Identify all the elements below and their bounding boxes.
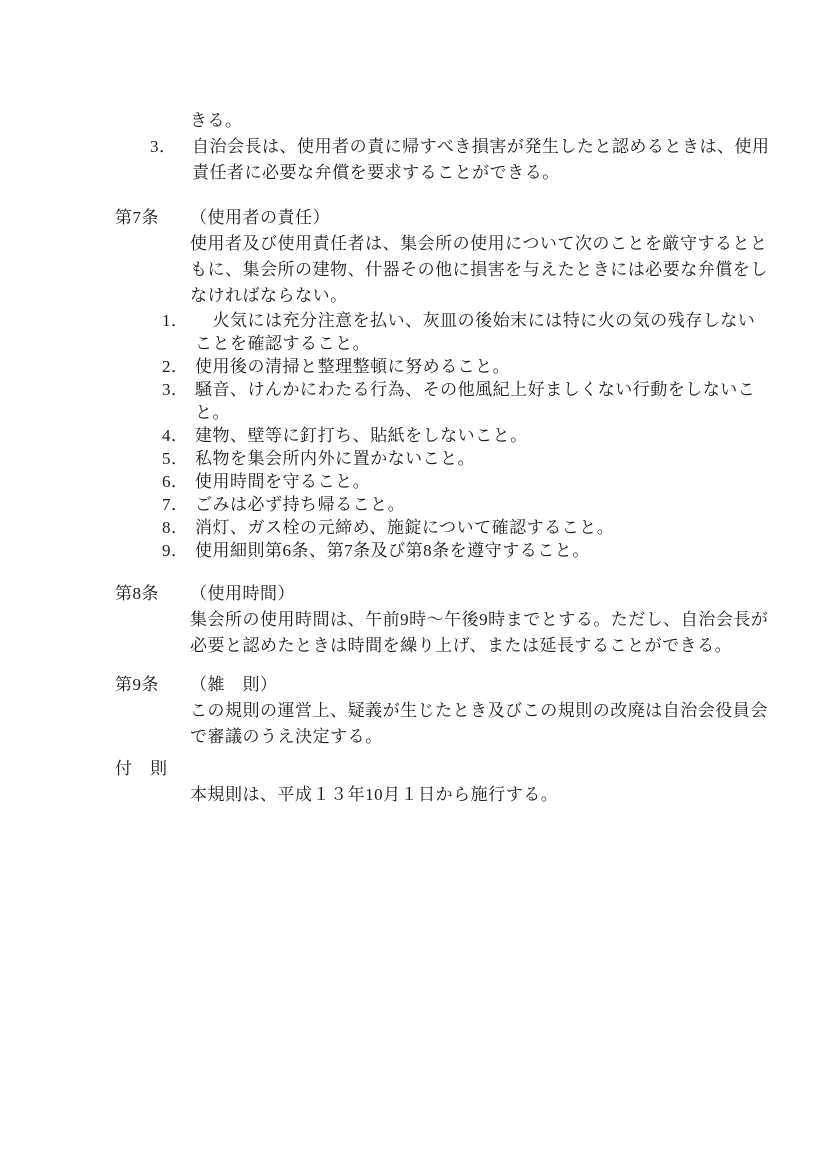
list-item: 9． 使用細則第6条、第7条及び第8条を遵守すること。 bbox=[162, 539, 802, 562]
article-8-label: 第8条 bbox=[115, 581, 190, 607]
article-7-body: 使用者及び使用責任者は、集会所の使用について次のことを厳守するとと もに、集会所… bbox=[190, 231, 802, 309]
item-text: 火気には充分注意を払い、灰皿の後始末には特に火の気の残存しない ことを確認するこ… bbox=[195, 309, 755, 355]
item-text: 消灯、ガス栓の元締め、施錠について確認すること。 bbox=[195, 516, 614, 539]
item-number: 3． bbox=[162, 378, 195, 424]
item-number: 2． bbox=[162, 355, 195, 378]
item-text: 使用時間を守ること。 bbox=[195, 470, 370, 493]
item-number: 4． bbox=[162, 424, 195, 447]
item-text: 私物を集会所内外に置かないこと。 bbox=[195, 447, 475, 470]
item-text: 使用後の清掃と整理整頓に努めること。 bbox=[195, 355, 510, 378]
carryover-item-text: 自治会長は、使用者の責に帰すべき損害が発生したと認めるときは、使用 責任者に必要… bbox=[192, 134, 770, 186]
list-item: 1． 火気には充分注意を払い、灰皿の後始末には特に火の気の残存しない ことを確認… bbox=[162, 309, 802, 355]
article-9-label: 第9条 bbox=[115, 672, 190, 698]
article-7-heading: 第7条 （使用者の責任） bbox=[115, 205, 802, 231]
article-7: 第7条 （使用者の責任） 使用者及び使用責任者は、集会所の使用について次のことを… bbox=[115, 205, 802, 562]
list-item: 4． 建物、壁等に釘打ち、貼紙をしないこと。 bbox=[162, 424, 802, 447]
article-8: 第8条 （使用時間） 集会所の使用時間は、午前9時～午後9時までとする。ただし、… bbox=[115, 581, 802, 659]
item-number: 7． bbox=[162, 493, 195, 516]
list-item: 8． 消灯、ガス栓の元締め、施錠について確認すること。 bbox=[162, 516, 802, 539]
item-number: 6． bbox=[162, 470, 195, 493]
item-number: 8． bbox=[162, 516, 195, 539]
item-text: ごみは必ず持ち帰ること。 bbox=[195, 493, 405, 516]
list-item: 5． 私物を集会所内外に置かないこと。 bbox=[162, 447, 802, 470]
appendix-body: 本規則は、平成１３年10月１日から施行する。 bbox=[190, 782, 802, 808]
article-9-body: この規則の運営上、疑義が生じたとき及びこの規則の改廃は自治会役員会 で審議のうえ… bbox=[190, 698, 802, 750]
appendix-heading: 付 則 bbox=[115, 756, 802, 782]
list-item: 6． 使用時間を守ること。 bbox=[162, 470, 802, 493]
appendix-label: 付 則 bbox=[115, 756, 190, 782]
item-number: 9． bbox=[162, 539, 195, 562]
list-item: 2． 使用後の清掃と整理整頓に努めること。 bbox=[162, 355, 802, 378]
article-7-item-list: 1． 火気には充分注意を払い、灰皿の後始末には特に火の気の残存しない ことを確認… bbox=[162, 309, 802, 562]
carryover-item-number: 3． bbox=[150, 134, 192, 186]
item-number: 1． bbox=[162, 309, 195, 355]
carryover-item: 3． 自治会長は、使用者の責に帰すべき損害が発生したと認めるときは、使用 責任者… bbox=[115, 134, 802, 186]
document-content: きる。 3． 自治会長は、使用者の責に帰すべき損害が発生したと認めるときは、使用… bbox=[0, 0, 822, 808]
list-item: 7． ごみは必ず持ち帰ること。 bbox=[162, 493, 802, 516]
article-7-label: 第7条 bbox=[115, 205, 190, 231]
list-item: 3． 騒音、けんかにわたる行為、その他風紀上好ましくない行動をしないこ と。 bbox=[162, 378, 802, 424]
item-text: 騒音、けんかにわたる行為、その他風紀上好ましくない行動をしないこ と。 bbox=[195, 378, 755, 424]
item-number: 5． bbox=[162, 447, 195, 470]
article-7-title: （使用者の責任） bbox=[190, 205, 330, 231]
item-text: 建物、壁等に釘打ち、貼紙をしないこと。 bbox=[195, 424, 528, 447]
article-9-title: （雑 則） bbox=[190, 672, 278, 698]
article-9-heading: 第9条 （雑 則） bbox=[115, 672, 802, 698]
carryover-continuation-text: きる。 bbox=[190, 108, 802, 134]
item-text: 使用細則第6条、第7条及び第8条を遵守すること。 bbox=[195, 539, 590, 562]
appendix: 付 則 本規則は、平成１３年10月１日から施行する。 bbox=[115, 756, 802, 808]
document-page: きる。 3． 自治会長は、使用者の責に帰すべき損害が発生したと認めるときは、使用… bbox=[0, 0, 822, 1162]
article-8-heading: 第8条 （使用時間） bbox=[115, 581, 802, 607]
article-8-body: 集会所の使用時間は、午前9時～午後9時までとする。ただし、自治会長が 必要と認め… bbox=[190, 607, 802, 659]
article-9: 第9条 （雑 則） この規則の運営上、疑義が生じたとき及びこの規則の改廃は自治会… bbox=[115, 672, 802, 750]
article-8-title: （使用時間） bbox=[190, 581, 295, 607]
